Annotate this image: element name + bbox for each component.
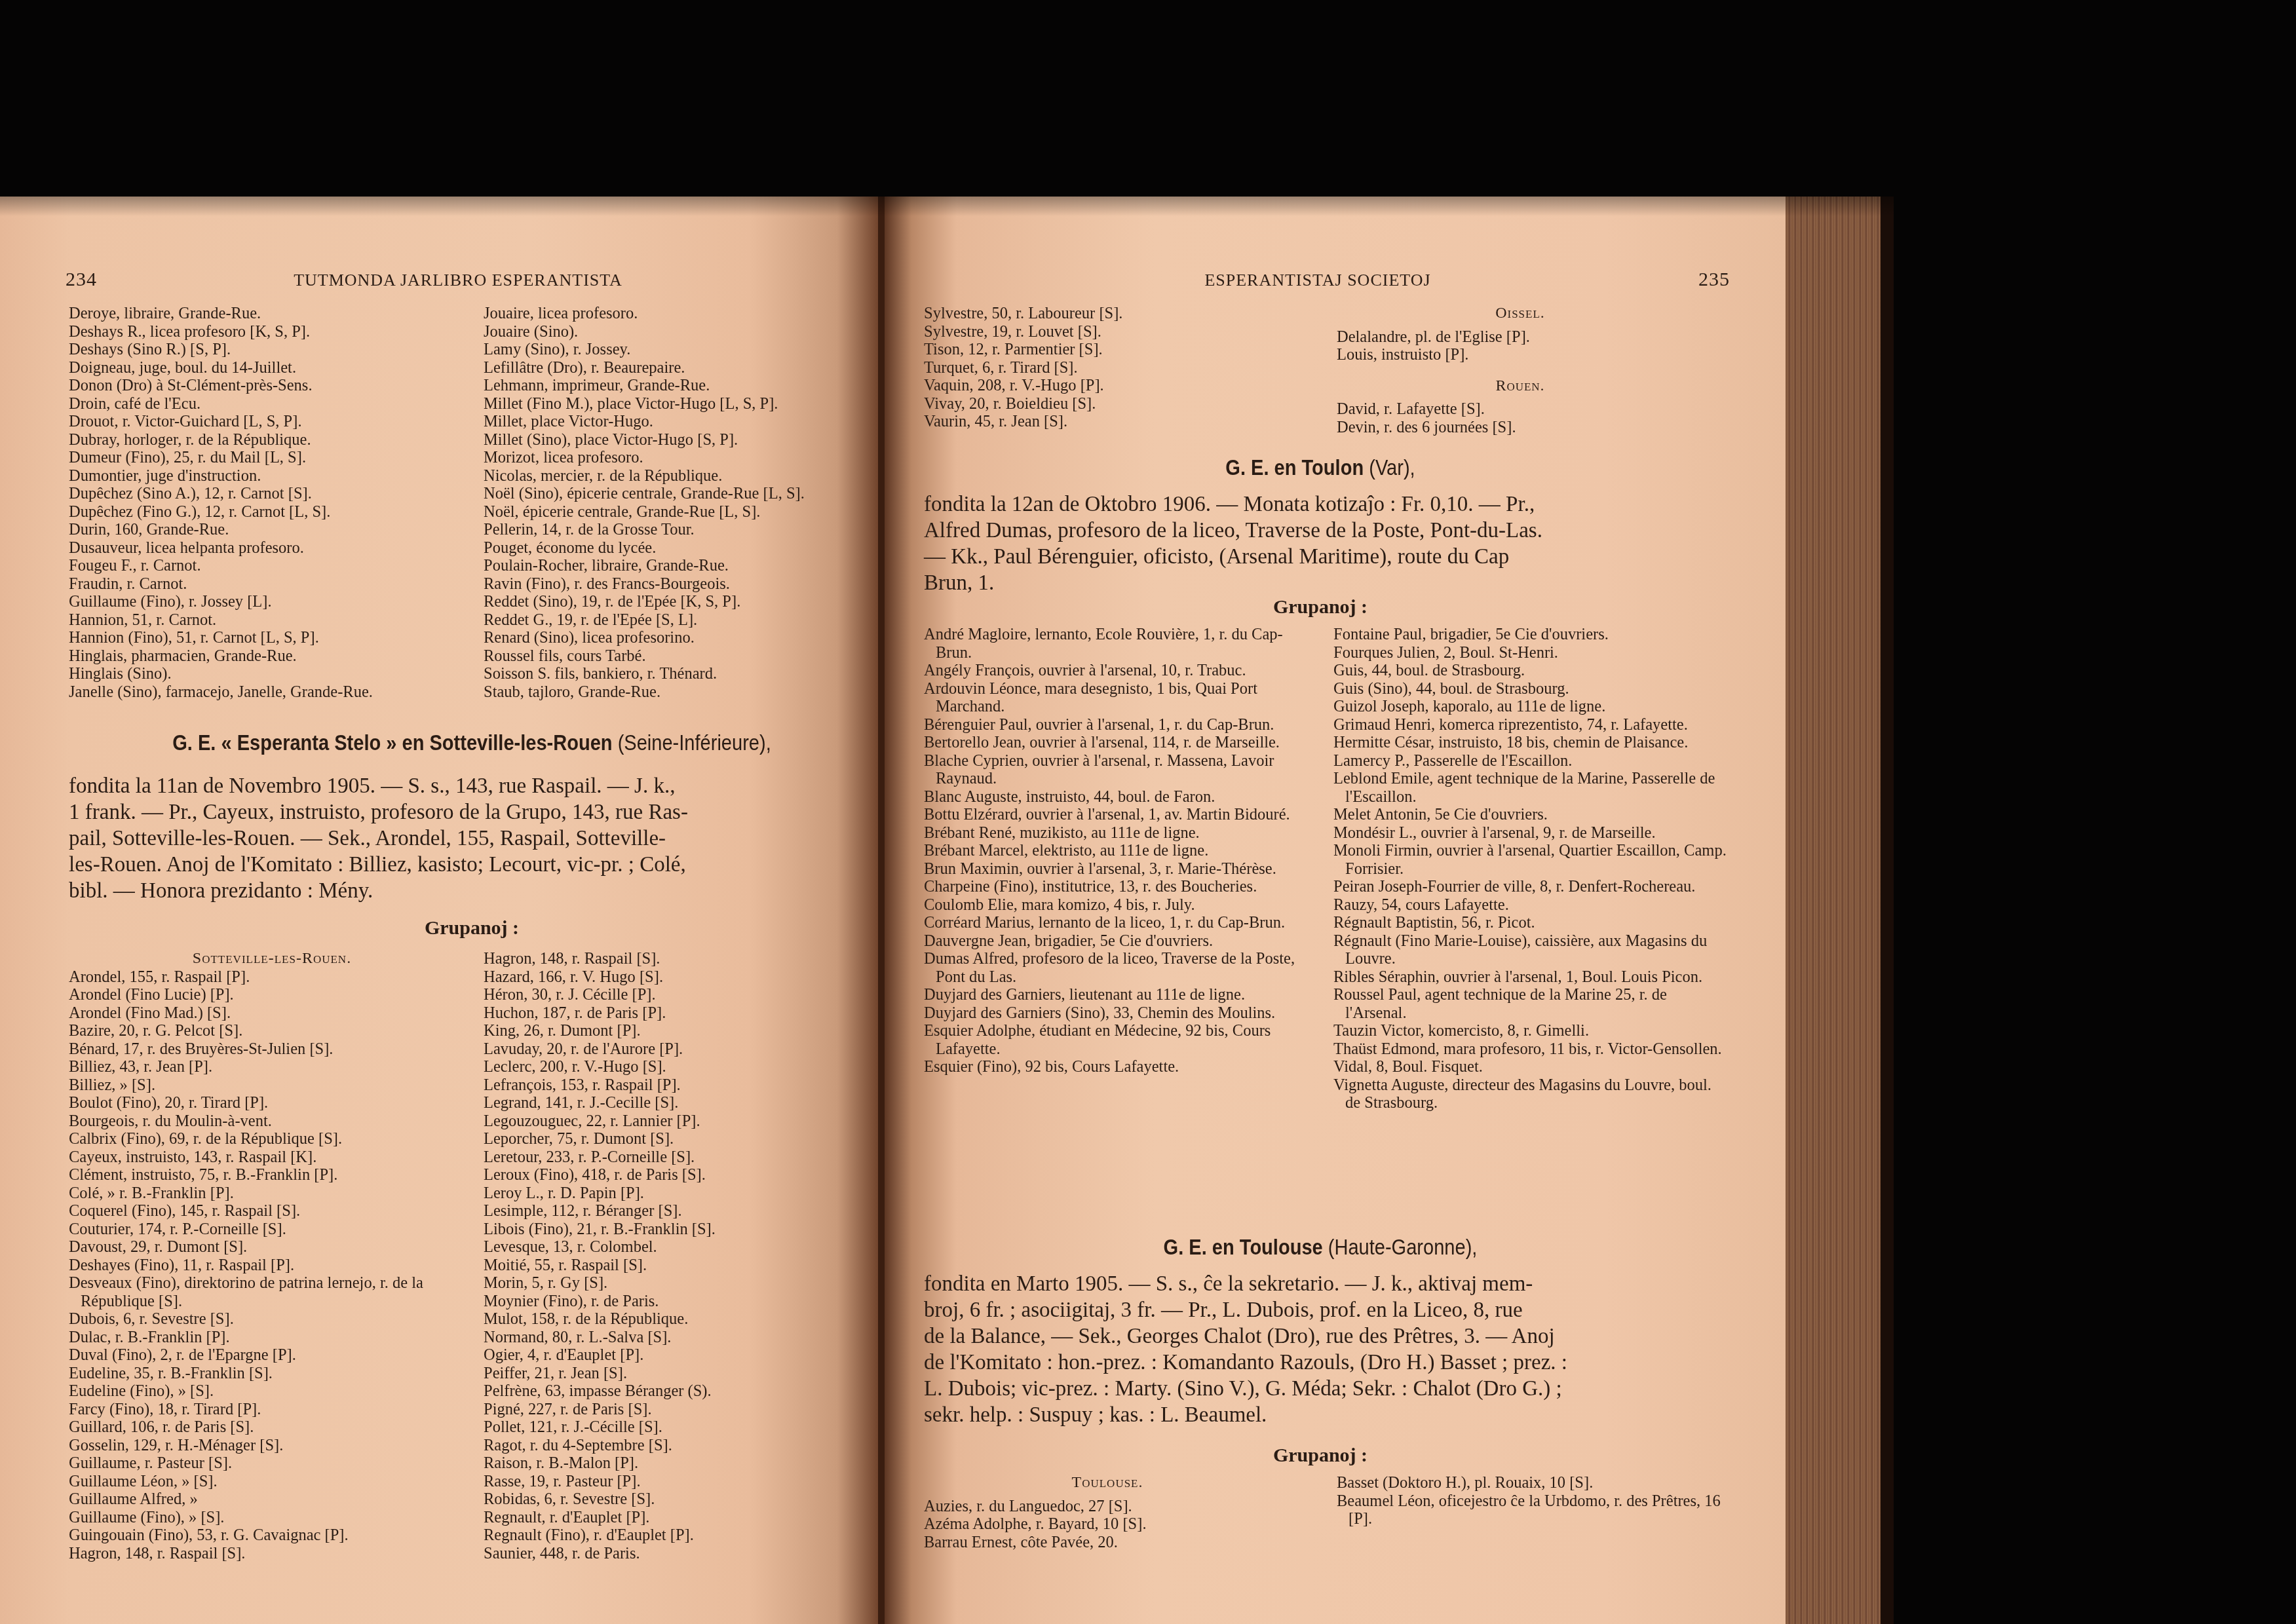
paragraph-line: fondita la 11an de Novembro 1905. — S. s… bbox=[69, 773, 875, 799]
paragraph-line: Brun, 1. bbox=[924, 570, 1736, 596]
city-label-oissel: Oissel. bbox=[1337, 305, 1704, 323]
list-entry: Ardouvin Léonce, mara desegnisto, 1 bis,… bbox=[924, 680, 1311, 716]
list-entry: Pigné, 227, r. de Paris [S]. bbox=[484, 1401, 877, 1419]
list-entry: Dumas Alfred, profesoro de la liceo, Tra… bbox=[924, 950, 1311, 986]
list-entry: Arondel (Fino Mad.) [S]. bbox=[69, 1004, 475, 1023]
list-entry: Hagron, 148, r. Raspail [S]. bbox=[484, 950, 877, 968]
list-entry: Turquet, 6, r. Tirard [S]. bbox=[924, 359, 1291, 377]
list-entry: Duyjard des Garniers (Sino), 33, Chemin … bbox=[924, 1004, 1311, 1023]
list-entry: Renard (Sino), licea profesorino. bbox=[484, 629, 864, 647]
list-entry: Grimaud Henri, komerca riprezentisto, 74… bbox=[1333, 716, 1727, 734]
list-entry: Nicolas, mercier, r. de la République. bbox=[484, 467, 864, 485]
list-entry: Delalandre, pl. de l'Eglise [P]. bbox=[1337, 328, 1704, 347]
grupanoj-label: Grupanoj : bbox=[904, 596, 1736, 618]
list-entry: Legrand, 141, r. J.-Cecille [S]. bbox=[484, 1094, 877, 1112]
list-entry: Guizol Joseph, kaporalo, au 111e de lign… bbox=[1333, 698, 1727, 716]
list-entry: Guillaume (Fino), r. Jossey [L]. bbox=[69, 593, 475, 611]
list-entry: Noël, épicerie centrale, Grande-Rue [L, … bbox=[484, 503, 864, 521]
list-entry: Lamy (Sino), r. Jossey. bbox=[484, 341, 864, 359]
list-entry: Régnault Baptistin, 56, r. Picot. bbox=[1333, 914, 1727, 932]
entry-list-column: Deroye, libraire, Grande-Rue.Deshays R.,… bbox=[69, 305, 475, 701]
list-entry: Eudeline (Fino), » [S]. bbox=[69, 1382, 475, 1401]
list-entry: Poulain-Rocher, libraire, Grande-Rue. bbox=[484, 557, 864, 575]
list-entry: Hermitte César, instruisto, 18 bis, chem… bbox=[1333, 734, 1727, 752]
list-entry: Roussel fils, cours Tarbé. bbox=[484, 647, 864, 666]
city-label: Sotteville-les-Rouen. bbox=[69, 950, 475, 968]
list-entry: Pellerin, 14, r. de la Grosse Tour. bbox=[484, 521, 864, 539]
list-entry: Jouaire, licea profesoro. bbox=[484, 305, 864, 323]
list-entry: Guillard, 106, r. de Paris [S]. bbox=[69, 1418, 475, 1437]
list-entry: Leroy L., r. D. Papin [P]. bbox=[484, 1184, 877, 1203]
list-entry: Vaquin, 208, r. V.-Hugo [P]. bbox=[924, 377, 1291, 395]
list-entry: Dubois, 6, r. Sevestre [S]. bbox=[69, 1310, 475, 1329]
list-entry: Guillaume Alfred, » bbox=[69, 1490, 475, 1509]
list-entry: Dumeur (Fino), 25, r. du Mail [L, S]. bbox=[69, 449, 475, 467]
list-entry: Cayeux, instruisto, 143, r. Raspail [K]. bbox=[69, 1148, 475, 1167]
list-entry: Saunier, 448, r. de Paris. bbox=[484, 1545, 877, 1563]
list-entry: Reddet G., 19, r. de l'Epée [S, L]. bbox=[484, 611, 864, 630]
list-entry: Vivay, 20, r. Boieldieu [S]. bbox=[924, 395, 1291, 413]
list-entry: Gosselin, 129, r. H.-Ménager [S]. bbox=[69, 1437, 475, 1455]
list-entry: Drouot, r. Victor-Guichard [L, S, P]. bbox=[69, 413, 475, 431]
list-entry: Guingouain (Fino), 53, r. G. Cavaignac [… bbox=[69, 1526, 475, 1545]
list-entry: Auzies, r. du Languedoc, 27 [S]. bbox=[924, 1498, 1291, 1516]
society-region: (Var), bbox=[1369, 455, 1415, 480]
list-entry: Reddet (Sino), 19, r. de l'Epée [K, S, P… bbox=[484, 593, 864, 611]
members-column: Basset (Doktoro H.), pl. Rouaix, 10 [S].… bbox=[1337, 1474, 1730, 1528]
list-entry: Leroux (Fino), 418, r. de Paris [S]. bbox=[484, 1166, 877, 1184]
list-entry: Régnault (Fino Marie-Louise), caissière,… bbox=[1333, 932, 1727, 968]
list-entry: Louis, instruisto [P]. bbox=[1337, 346, 1704, 364]
list-entry: Thaüst Edmond, mara profesoro, 11 bis, r… bbox=[1333, 1040, 1727, 1059]
paragraph-line: les-Rouen. Anoj de l'Komitato : Billiez,… bbox=[69, 852, 875, 878]
list-entry: Bertorello Jean, ouvrier à l'arsenal, 11… bbox=[924, 734, 1311, 752]
society-heading-toulon: G. E. en Toulon (Var), bbox=[954, 455, 1687, 480]
city-label-toulouse: Toulouse. bbox=[924, 1474, 1291, 1492]
list-entry: Moitié, 55, r. Raspail [S]. bbox=[484, 1256, 877, 1275]
list-entry: Barrau Ernest, côte Pavée, 20. bbox=[924, 1534, 1291, 1552]
list-entry: Pouget, économe du lycée. bbox=[484, 539, 864, 557]
list-entry: Dubray, horloger, r. de la République. bbox=[69, 431, 475, 449]
running-head-left: 234 TUTMONDA JARLIBRO ESPERANTISTA bbox=[66, 269, 819, 291]
list-entry: Libois (Fino), 21, r. B.-Franklin [S]. bbox=[484, 1220, 877, 1239]
list-entry: Arondel, 155, r. Raspail [P]. bbox=[69, 968, 475, 987]
paragraph-line: fondita la 12an de Oktobro 1906. — Monat… bbox=[924, 491, 1736, 518]
list-entry: Doigneau, juge, boul. du 14-Juillet. bbox=[69, 359, 475, 377]
list-entry: Monoli Firmin, ouvrier à l'arsenal, Quar… bbox=[1333, 842, 1727, 878]
list-entry: Clément, instruisto, 75, r. B.-Franklin … bbox=[69, 1166, 475, 1184]
list-entry: Dumontier, juge d'instruction. bbox=[69, 467, 475, 485]
list-entry: Dulac, r. B.-Franklin [P]. bbox=[69, 1329, 475, 1347]
list-entry: Boulot (Fino), 20, r. Tirard [P]. bbox=[69, 1094, 475, 1112]
list-entry: Azéma Adolphe, r. Bayard, 10 [S]. bbox=[924, 1515, 1291, 1534]
list-entry: Hagron, 148, r. Raspail [S]. bbox=[69, 1545, 475, 1563]
members-column: Toulouse. Auzies, r. du Languedoc, 27 [S… bbox=[924, 1474, 1291, 1551]
paragraph-line: bibl. — Honora prezidanto : Mény. bbox=[69, 878, 875, 904]
list-entry: Calbrix (Fino), 69, r. de la République … bbox=[69, 1130, 475, 1148]
list-entry: Angély François, ouvrier à l'arsenal, 10… bbox=[924, 662, 1311, 680]
society-heading-toulouse: G. E. en Toulouse (Haute-Garonne), bbox=[954, 1235, 1687, 1260]
list-entry: Droin, café de l'Ecu. bbox=[69, 395, 475, 413]
list-entry: Sylvestre, 19, r. Louvet [S]. bbox=[924, 323, 1291, 341]
list-entry: Durin, 160, Grande-Rue. bbox=[69, 521, 475, 539]
list-entry: Millet, place Victor-Hugo. bbox=[484, 413, 864, 431]
list-entry: Blache Cyprien, ouvrier à l'arsenal, r. … bbox=[924, 752, 1311, 788]
running-head-title: ESPERANTISTAJ SOCIETOJ bbox=[885, 271, 1698, 290]
list-entry: Levesque, 13, r. Colombel. bbox=[484, 1238, 877, 1256]
list-entry: Deroye, libraire, Grande-Rue. bbox=[69, 305, 475, 323]
list-entry: Héron, 30, r. J. Cécille [P]. bbox=[484, 986, 877, 1004]
list-entry: Ravin (Fino), r. des Francs-Bourgeois. bbox=[484, 575, 864, 594]
society-description: fondita en Marto 1905. — S. s., ĉe la se… bbox=[924, 1271, 1736, 1428]
list-entry: Coquerel (Fino), 145, r. Raspail [S]. bbox=[69, 1202, 475, 1220]
society-description: fondita la 12an de Oktobro 1906. — Monat… bbox=[924, 491, 1736, 596]
list-entry: Guis, 44, boul. de Strasbourg. bbox=[1333, 662, 1727, 680]
list-entry: Noël (Sino), épicerie centrale, Grande-R… bbox=[484, 485, 864, 503]
open-book: 234 TUTMONDA JARLIBRO ESPERANTISTA Deroy… bbox=[0, 197, 1894, 1624]
society-name: G. E. en Toulouse bbox=[1164, 1235, 1323, 1259]
list-entry: Leporcher, 75, r. Dumont [S]. bbox=[484, 1130, 877, 1148]
list-entry: Dupêchez (Fino G.), 12, r. Carnot [L, S]… bbox=[69, 503, 475, 521]
members-column: Hagron, 148, r. Raspail [S].Hazard, 166,… bbox=[484, 950, 877, 1562]
society-name: G. E. en Toulon bbox=[1225, 455, 1364, 480]
list-entry: Duval (Fino), 2, r. de l'Epargne [P]. bbox=[69, 1346, 475, 1365]
paragraph-line: Alfred Dumas, profesoro de la liceo, Tra… bbox=[924, 518, 1736, 544]
list-entry: Deshayes (Fino), 11, r. Raspail [P]. bbox=[69, 1256, 475, 1275]
list-entry: Mulot, 158, r. de la République. bbox=[484, 1310, 877, 1329]
list-entry: Hannion, 51, r. Carnot. bbox=[69, 611, 475, 630]
list-entry: Raison, r. B.-Malon [P]. bbox=[484, 1454, 877, 1473]
list-entry: Roussel Paul, agent technique de la Mari… bbox=[1333, 986, 1727, 1022]
list-entry: Esquier (Fino), 92 bis, Cours Lafayette. bbox=[924, 1058, 1311, 1076]
list-entry: Fougeu F., r. Carnot. bbox=[69, 557, 475, 575]
list-entry: Lehmann, imprimeur, Grande-Rue. bbox=[484, 377, 864, 395]
paragraph-line: broj, 6 fr. ; asociigitaj, 3 fr. — Pr., … bbox=[924, 1297, 1736, 1323]
list-entry: Fontaine Paul, brigadier, 5e Cie d'ouvri… bbox=[1333, 626, 1727, 644]
list-entry: Millet (Fino M.), place Victor-Hugo [L, … bbox=[484, 395, 864, 413]
paragraph-line: sekr. help. : Suspuy ; kas. : L. Beaumel… bbox=[924, 1402, 1736, 1428]
list-entry: Davoust, 29, r. Dumont [S]. bbox=[69, 1238, 475, 1256]
list-entry: Bérenguier Paul, ouvrier à l'arsenal, 1,… bbox=[924, 716, 1311, 734]
list-entry: Lamercy P., Passerelle de l'Escaillon. bbox=[1333, 752, 1727, 770]
grupanoj-label: Grupanoj : bbox=[69, 917, 875, 939]
page-top-shadow bbox=[0, 197, 1894, 216]
running-head-right: ESPERANTISTAJ SOCIETOJ 235 bbox=[885, 269, 1730, 291]
list-entry: Pollet, 121, r. J.-Cécille [S]. bbox=[484, 1418, 877, 1437]
list-entry: Bottu Elzérard, ouvrier à l'arsenal, 1, … bbox=[924, 806, 1311, 824]
list-entry: Duyjard des Garniers, lieutenant au 111e… bbox=[924, 986, 1311, 1004]
list-entry: Ogier, 4, r. d'Eauplet [P]. bbox=[484, 1346, 877, 1365]
list-entry: Donon (Dro) à St-Clément-près-Sens. bbox=[69, 377, 475, 395]
society-heading-sotteville: G. E. « Esperanta Stelo » en Sotteville-… bbox=[117, 730, 826, 755]
list-entry: Peiran Joseph-Fourrier de ville, 8, r. D… bbox=[1333, 878, 1727, 896]
list-entry: André Magloire, lernanto, Ecole Rouvière… bbox=[924, 626, 1311, 662]
list-entry: Beaumel Léon, oficejestro ĉe la Urbdomo,… bbox=[1337, 1492, 1730, 1528]
list-entry: Vaurin, 45, r. Jean [S]. bbox=[924, 413, 1291, 431]
list-entry: Hinglais, pharmacien, Grande-Rue. bbox=[69, 647, 475, 666]
society-region: (Seine-Inférieure), bbox=[618, 730, 771, 755]
society-region: (Haute-Garonne), bbox=[1328, 1235, 1478, 1259]
list-entry: Lefillâtre (Dro), r. Beaurepaire. bbox=[484, 359, 864, 377]
list-entry: Leretour, 233, r. P.-Corneille [S]. bbox=[484, 1148, 877, 1167]
list-entry: Lavuday, 20, r. de l'Aurore [P]. bbox=[484, 1040, 877, 1059]
list-entry: Moynier (Fino), r. de Paris. bbox=[484, 1293, 877, 1311]
list-entry: Desveaux (Fino), direktorino de patrina … bbox=[69, 1274, 475, 1310]
right-page: ESPERANTISTAJ SOCIETOJ 235 Sylvestre, 50… bbox=[885, 197, 1786, 1624]
list-entry: Legouzouguec, 22, r. Lannier [P]. bbox=[484, 1112, 877, 1131]
list-entry: David, r. Lafayette [S]. bbox=[1337, 400, 1704, 419]
paragraph-line: 1 frank. — Pr., Cayeux, instruisto, prof… bbox=[69, 799, 875, 825]
list-entry: Bourgeois, r. du Moulin-à-vent. bbox=[69, 1112, 475, 1131]
list-entry: King, 26, r. Dumont [P]. bbox=[484, 1022, 877, 1040]
list-entry: Millet (Sino), place Victor-Hugo [S, P]. bbox=[484, 431, 864, 449]
paragraph-line: pail, Sotteville-les-Rouen. — Sek., Aron… bbox=[69, 825, 875, 852]
list-entry: Regnault, r. d'Eauplet [P]. bbox=[484, 1509, 877, 1527]
list-entry: Morizot, licea profesoro. bbox=[484, 449, 864, 467]
book-page-edges bbox=[1786, 197, 1881, 1624]
list-entry: Mondésir L., ouvrier à l'arsenal, 9, r. … bbox=[1333, 824, 1727, 842]
members-column: Sotteville-les-Rouen. Arondel, 155, r. R… bbox=[69, 950, 475, 1562]
list-entry: Basset (Doktoro H.), pl. Rouaix, 10 [S]. bbox=[1337, 1474, 1730, 1492]
society-name: G. E. « Esperanta Stelo » en Sotteville-… bbox=[172, 730, 612, 755]
list-entry: Lesimple, 112, r. Béranger [S]. bbox=[484, 1202, 877, 1220]
list-entry: Peiffer, 21, r. Jean [S]. bbox=[484, 1365, 877, 1383]
list-entry: Guillaume, r. Pasteur [S]. bbox=[69, 1454, 475, 1473]
list-entry: Colé, » r. B.-Franklin [P]. bbox=[69, 1184, 475, 1203]
members-column: Fontaine Paul, brigadier, 5e Cie d'ouvri… bbox=[1333, 626, 1727, 1112]
page-number: 234 bbox=[66, 269, 97, 291]
list-entry: Pelfrène, 63, impasse Béranger (S). bbox=[484, 1382, 877, 1401]
list-entry: Soisson S. fils, bankiero, r. Thénard. bbox=[484, 665, 864, 683]
list-entry: Esquier Adolphe, étudiant en Médecine, 9… bbox=[924, 1022, 1311, 1058]
list-entry: Lefrançois, 153, r. Raspail [P]. bbox=[484, 1076, 877, 1095]
list-entry: Ribles Séraphin, ouvrier à l'arsenal, 1,… bbox=[1333, 968, 1727, 987]
list-entry: Ragot, r. du 4-Septembre [S]. bbox=[484, 1437, 877, 1455]
list-entry: Charpeine (Fino), institutrice, 13, r. d… bbox=[924, 878, 1311, 896]
list-entry: Bazire, 20, r. G. Pelcot [S]. bbox=[69, 1022, 475, 1040]
list-entry: Leclerc, 200, r. V.-Hugo [S]. bbox=[484, 1058, 877, 1076]
list-entry: Morin, 5, r. Gy [S]. bbox=[484, 1274, 877, 1293]
list-entry: Brébant René, muzikisto, au 111e de lign… bbox=[924, 824, 1311, 842]
list-entry: Hazard, 166, r. V. Hugo [S]. bbox=[484, 968, 877, 987]
list-entry: Devin, r. des 6 journées [S]. bbox=[1337, 419, 1704, 437]
list-entry: Billiez, » [S]. bbox=[69, 1076, 475, 1095]
entry-list-column: Sylvestre, 50, r. Laboureur [S].Sylvestr… bbox=[924, 305, 1291, 431]
list-entry: Couturier, 174, r. P.-Corneille [S]. bbox=[69, 1220, 475, 1239]
list-entry: Vignetta Auguste, directeur des Magasins… bbox=[1333, 1076, 1727, 1112]
paragraph-line: de la Balance, — Sek., Georges Chalot (D… bbox=[924, 1323, 1736, 1350]
list-entry: Dauvergne Jean, brigadier, 5e Cie d'ouvr… bbox=[924, 932, 1311, 951]
paragraph-line: — Kk., Paul Bérenguier, oficisto, (Arsen… bbox=[924, 544, 1736, 570]
list-entry: Janelle (Sino), farmacejo, Janelle, Gran… bbox=[69, 683, 475, 702]
list-entry: Farcy (Fino), 18, r. Tirard [P]. bbox=[69, 1401, 475, 1419]
running-head-title: TUTMONDA JARLIBRO ESPERANTISTA bbox=[97, 271, 819, 290]
list-entry: Robidas, 6, r. Sevestre [S]. bbox=[484, 1490, 877, 1509]
list-entry: Brébant Marcel, elektristo, au 111e de l… bbox=[924, 842, 1311, 860]
list-entry: Leblond Emile, agent technique de la Mar… bbox=[1333, 770, 1727, 806]
list-entry: Corréard Marius, lernanto de la liceo, 1… bbox=[924, 914, 1311, 932]
list-entry: Blanc Auguste, instruisto, 44, boul. de … bbox=[924, 788, 1311, 806]
list-entry: Dusauveur, licea helpanta profesoro. bbox=[69, 539, 475, 557]
list-entry: Hannion (Fino), 51, r. Carnot [L, S, P]. bbox=[69, 629, 475, 647]
list-entry: Dupêchez (Sino A.), 12, r. Carnot [S]. bbox=[69, 485, 475, 503]
list-entry: Hinglais (Sino). bbox=[69, 665, 475, 683]
list-entry: Fourques Julien, 2, Boul. St-Henri. bbox=[1333, 644, 1727, 662]
left-page: 234 TUTMONDA JARLIBRO ESPERANTISTA Deroy… bbox=[0, 197, 881, 1624]
list-entry: Rauzy, 54, cours Lafayette. bbox=[1333, 896, 1727, 915]
paragraph-line: L. Dubois; vic-prez. : Marty. (Sino V.),… bbox=[924, 1376, 1736, 1402]
page-number: 235 bbox=[1698, 269, 1730, 291]
paragraph-line: fondita en Marto 1905. — S. s., ĉe la se… bbox=[924, 1271, 1736, 1297]
list-entry: Fraudin, r. Carnot. bbox=[69, 575, 475, 594]
city-groups-column: Oissel. Delalandre, pl. de l'Eglise [P].… bbox=[1337, 305, 1704, 436]
list-entry: Regnault (Fino), r. d'Eauplet [P]. bbox=[484, 1526, 877, 1545]
list-entry: Tauzin Victor, komercisto, 8, r. Gimelli… bbox=[1333, 1022, 1727, 1040]
list-entry: Tison, 12, r. Parmentier [S]. bbox=[924, 341, 1291, 359]
entry-list-column: Jouaire, licea profesoro.Jouaire (Sino).… bbox=[484, 305, 864, 701]
list-entry: Guillaume (Fino), » [S]. bbox=[69, 1509, 475, 1527]
paragraph-line: de l'Komitato : hon.-prez. : Komandanto … bbox=[924, 1350, 1736, 1376]
list-entry: Jouaire (Sino). bbox=[484, 323, 864, 341]
list-entry: Guillaume Léon, » [S]. bbox=[69, 1473, 475, 1491]
list-entry: Bénard, 17, r. des Bruyères-St-Julien [S… bbox=[69, 1040, 475, 1059]
list-entry: Staub, tajloro, Grande-Rue. bbox=[484, 683, 864, 702]
list-entry: Eudeline, 35, r. B.-Franklin [S]. bbox=[69, 1365, 475, 1383]
list-entry: Huchon, 187, r. de Paris [P]. bbox=[484, 1004, 877, 1023]
city-label-rouen: Rouen. bbox=[1337, 377, 1704, 396]
list-entry: Arondel (Fino Lucie) [P]. bbox=[69, 986, 475, 1004]
grupanoj-label: Grupanoj : bbox=[904, 1445, 1736, 1467]
list-entry: Billiez, 43, r. Jean [P]. bbox=[69, 1058, 475, 1076]
list-entry: Guis (Sino), 44, boul. de Strasbourg. bbox=[1333, 680, 1727, 698]
list-entry: Melet Antonin, 5e Cie d'ouvriers. bbox=[1333, 806, 1727, 824]
list-entry: Coulomb Elie, mara komizo, 4 bis, r. Jul… bbox=[924, 896, 1311, 915]
list-entry: Deshays R., licea profesoro [K, S, P]. bbox=[69, 323, 475, 341]
list-entry: Normand, 80, r. L.-Salva [S]. bbox=[484, 1329, 877, 1347]
list-entry: Deshays (Sino R.) [S, P]. bbox=[69, 341, 475, 359]
list-entry: Vidal, 8, Boul. Fisquet. bbox=[1333, 1058, 1727, 1076]
list-entry: Sylvestre, 50, r. Laboureur [S]. bbox=[924, 305, 1291, 323]
list-entry: Brun Maximin, ouvrier à l'arsenal, 3, r.… bbox=[924, 860, 1311, 878]
society-description: fondita la 11an de Novembro 1905. — S. s… bbox=[69, 773, 875, 904]
members-column: André Magloire, lernanto, Ecole Rouvière… bbox=[924, 626, 1311, 1076]
list-entry: Rasse, 19, r. Pasteur [P]. bbox=[484, 1473, 877, 1491]
